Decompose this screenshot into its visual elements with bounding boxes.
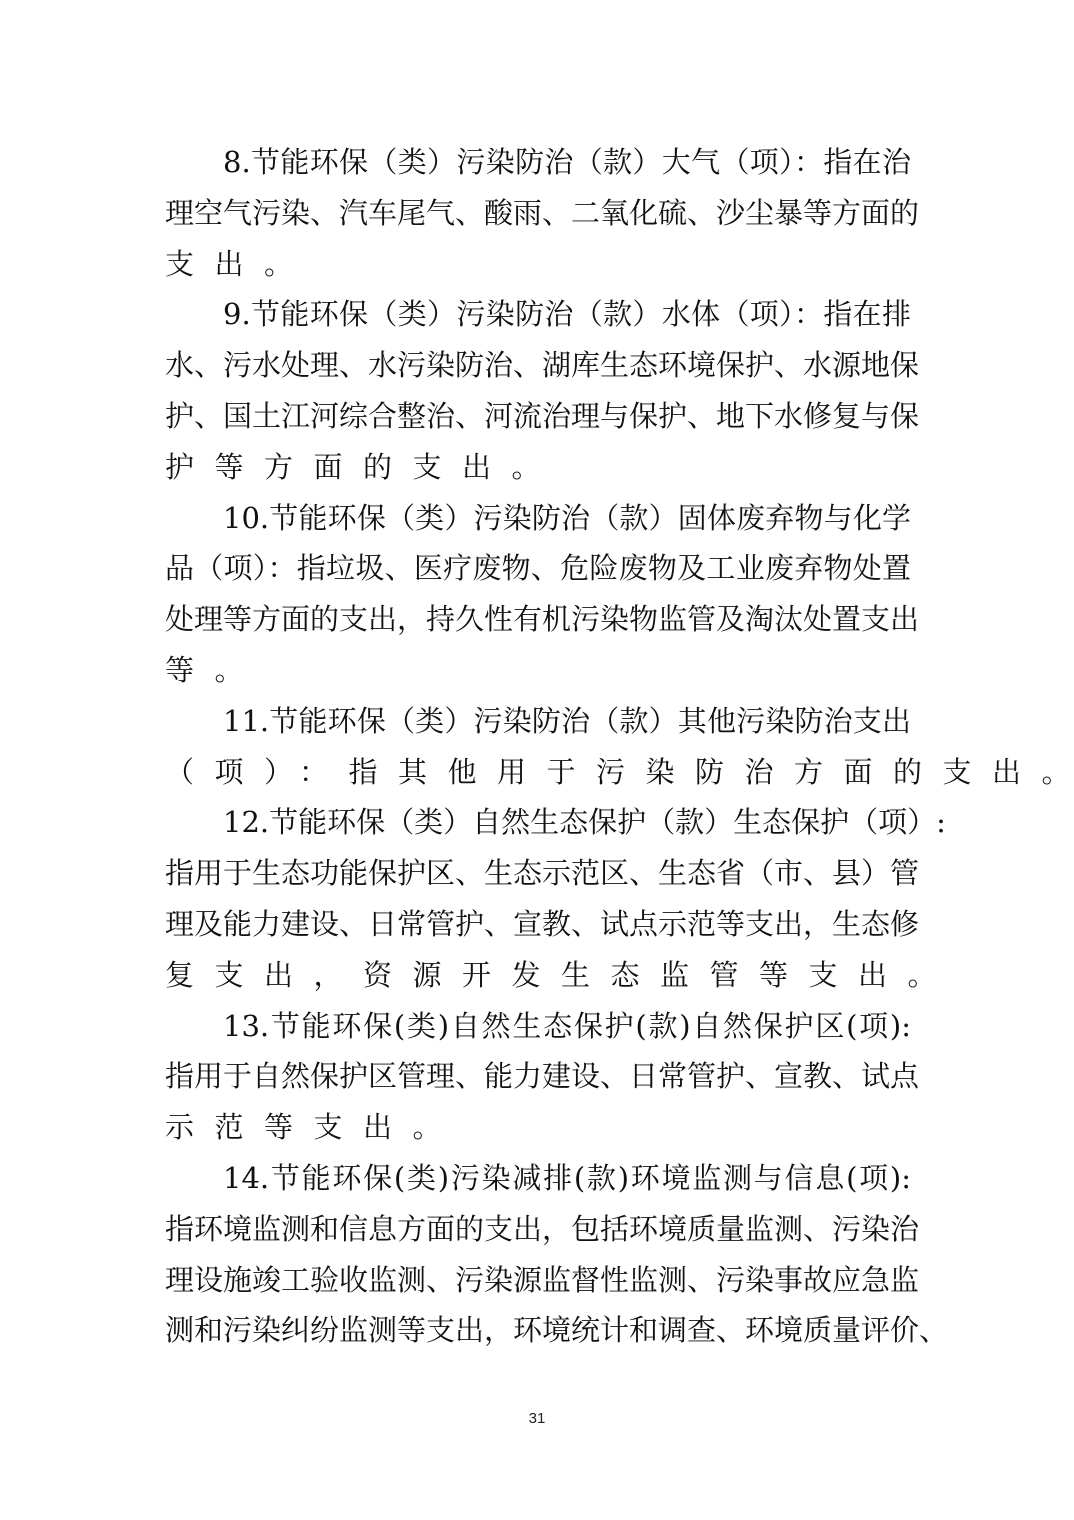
page-number: 31 xyxy=(0,1410,1074,1427)
paragraph-12-line-3: 理及能力建设、日常管护、宣教、试点示范等支出，生态修 xyxy=(165,899,911,950)
paragraph-11-line-1: 11.节能环保（类）污染防治（款）其他污染防治支出 xyxy=(165,696,911,747)
paragraph-14-line-3: 理设施竣工验收监测、污染源监督性监测、污染事故应急监 xyxy=(165,1255,911,1306)
paragraph-8-line-1: 8.节能环保（类）污染防治（款）大气（项）：指在治 xyxy=(165,137,911,188)
document-page: 8.节能环保（类）污染防治（款）大气（项）：指在治 理空气污染、汽车尾气、酸雨、… xyxy=(0,0,1074,1520)
paragraph-9-line-4: 护等方面的支出。 xyxy=(165,442,911,493)
paragraph-9-line-2: 水、污水处理、水污染防治、湖库生态环境保护、水源地保 xyxy=(165,340,911,391)
body-text: 8.节能环保（类）污染防治（款）大气（项）：指在治 理空气污染、汽车尾气、酸雨、… xyxy=(165,137,911,1356)
paragraph-12-line-1: 12.节能环保（类）自然生态保护（款）生态保护（项）: xyxy=(165,797,911,848)
paragraph-14-line-4: 测和污染纠纷监测等支出，环境统计和调查、环境质量评价、 xyxy=(165,1305,911,1356)
paragraph-9-line-3: 护、国土江河综合整治、河流治理与保护、地下水修复与保 xyxy=(165,391,911,442)
paragraph-9-line-1: 9.节能环保（类）污染防治（款）水体（项）：指在排 xyxy=(165,289,911,340)
paragraph-14-line-2: 指环境监测和信息方面的支出，包括环境质量监测、污染治 xyxy=(165,1204,911,1255)
paragraph-10-line-4: 等。 xyxy=(165,645,911,696)
paragraph-13-line-3: 示范等支出。 xyxy=(165,1102,911,1153)
paragraph-10-line-2: 品（项）：指垃圾、医疗废物、危险废物及工业废弃物处置 xyxy=(165,543,911,594)
paragraph-8-line-2: 理空气污染、汽车尾气、酸雨、二氧化硫、沙尘暴等方面的 xyxy=(165,188,911,239)
paragraph-11-line-2: （项）：指其他用于污染防治方面的支出。 xyxy=(165,747,911,798)
paragraph-12-line-2: 指用于生态功能保护区、生态示范区、生态省（市、县）管 xyxy=(165,848,911,899)
paragraph-12-line-4: 复支出，资源开发生态监管等支出。 xyxy=(165,950,911,1001)
paragraph-8-line-3: 支出。 xyxy=(165,239,911,290)
paragraph-13-line-2: 指用于自然保护区管理、能力建设、日常管护、宣教、试点 xyxy=(165,1051,911,1102)
paragraph-10-line-3: 处理等方面的支出，持久性有机污染物监管及淘汰处置支出 xyxy=(165,594,911,645)
paragraph-13-line-1: 13.节能环保(类)自然生态保护(款)自然保护区(项): xyxy=(165,1001,911,1052)
paragraph-10-line-1: 10.节能环保（类）污染防治（款）固体废弃物与化学 xyxy=(165,493,911,544)
paragraph-14-line-1: 14.节能环保(类)污染减排(款)环境监测与信息(项): xyxy=(165,1153,911,1204)
